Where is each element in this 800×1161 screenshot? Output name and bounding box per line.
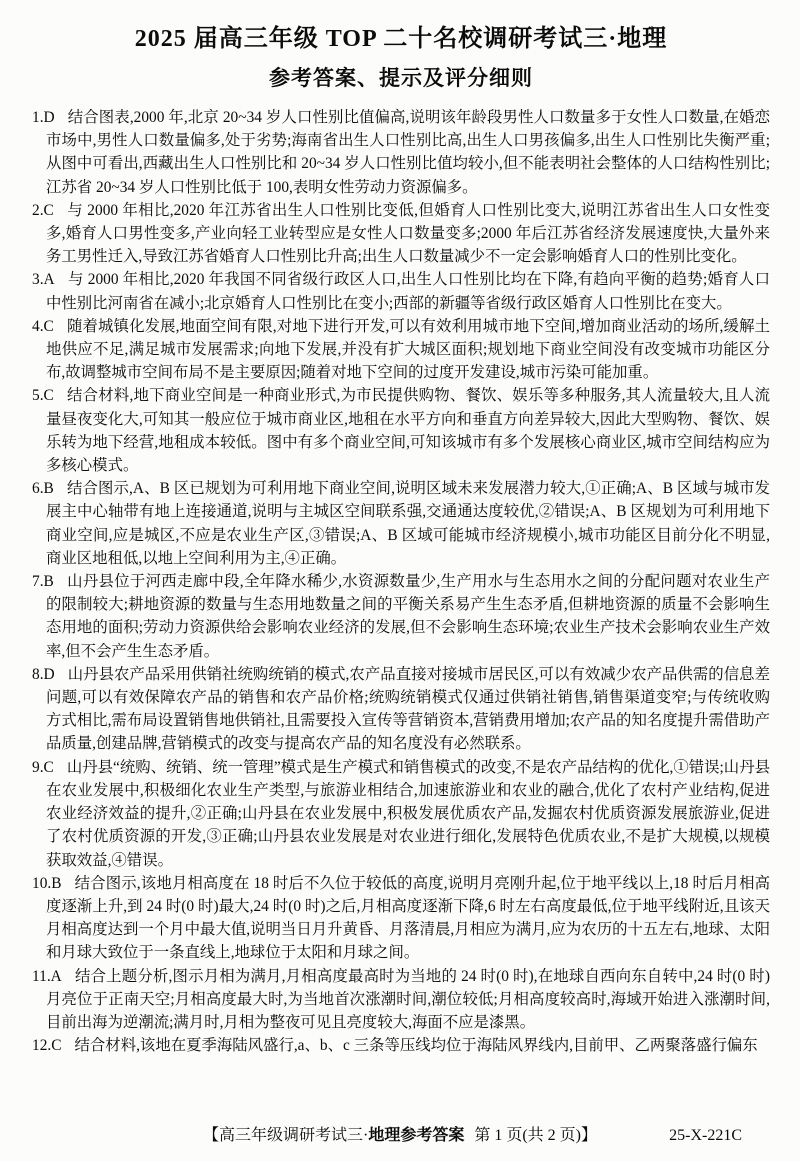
answer-choice: A [44,271,55,288]
answer-text: 结合图表,2000 年,北京 20~34 岁人口性别比值偏高,说明该年龄段男性人… [46,109,770,196]
answer-number: 4. [32,318,44,335]
footer-exam-prefix: 【高三年级调研考试三· [203,1127,368,1144]
answer-choice: D [44,666,55,683]
answer-number: 9. [32,759,44,776]
answer-choice: B [44,480,54,497]
footer-code: 25-X-221C [669,1125,742,1147]
answer-text: 结合图示,该地月相高度在 18 时后不久位于较低的高度,说明月亮刚升起,位于地平… [46,875,770,962]
answer-sheet-page: 2025 届高三年级 TOP 二十名校调研考试三·地理 参考答案、提示及评分细则… [0,0,800,1057]
answer-number: 1. [32,109,44,126]
answer-item: 4.C随着城镇化发展,地面空间有限,对地下进行开发,可以有效利用城市地下空间,增… [32,315,770,385]
answer-number: 6. [32,480,44,497]
answer-number: 8. [32,666,44,683]
answer-number: 11. [32,968,51,985]
answer-number: 10. [32,875,51,892]
answer-number: 7. [32,573,44,590]
page-subtitle: 参考答案、提示及评分细则 [32,62,770,92]
answer-item: 12.C结合材料,该地在夏季海陆风盛行,a、b、c 三条等压线均位于海陆风界线内… [32,1034,770,1057]
answer-text: 与 2000 年相比,2020 年江苏省出生人口性别比变低,但婚育人口性别比变大… [46,202,770,265]
answer-number: 2. [32,202,44,219]
answer-item: 10.B结合图示,该地月相高度在 18 时后不久位于较低的高度,说明月亮刚升起,… [32,872,770,965]
answer-item: 2.C与 2000 年相比,2020 年江苏省出生人口性别比变低,但婚育人口性别… [32,199,770,269]
answer-choice: C [44,202,54,219]
answer-choice: A [51,968,62,985]
answer-text: 随着城镇化发展,地面空间有限,对地下进行开发,可以有效利用城市地下空间,增加商业… [46,318,770,381]
answer-list: 1.D结合图表,2000 年,北京 20~34 岁人口性别比值偏高,说明该年龄段… [32,106,770,1057]
answer-number: 3. [32,271,44,288]
answer-text: 山丹县“统购、统销、统一管理”模式是生产模式和销售模式的改变,不是农产品结构的优… [46,759,770,869]
answer-text: 结合图示,A、B 区已规划为可利用地下商业空间,说明区域未来发展潜力较大,①正确… [46,480,770,567]
footer-exam-bold: 地理参考答案 [368,1127,464,1144]
answer-choice: C [44,387,54,404]
answer-item: 8.D山丹县农产品采用供销社统购统销的模式,农产品直接对接城市居民区,可以有效减… [32,663,770,756]
answer-item: 9.C山丹县“统购、统销、统一管理”模式是生产模式和销售模式的改变,不是农产品结… [32,756,770,872]
answer-text: 山丹县农产品采用供销社统购统销的模式,农产品直接对接城市居民区,可以有效减少农产… [46,666,770,753]
page-title: 2025 届高三年级 TOP 二十名校调研考试三·地理 [32,18,770,53]
answer-choice: D [44,109,55,126]
answer-item: 11.A结合上题分析,图示月相为满月,月相高度最高时为当地的 24 时(0 时)… [32,965,770,1035]
answer-choice: C [51,1037,61,1054]
answer-text: 结合上题分析,图示月相为满月,月相高度最高时为当地的 24 时(0 时),在地球… [46,968,770,1031]
answer-choice: B [51,875,61,892]
page-footer: 【高三年级调研考试三·地理参考答案第 1 页(共 2 页)】 25-X-221C [0,1125,800,1147]
answer-choice: C [44,318,54,335]
answer-choice: C [44,759,54,776]
answer-number: 5. [32,387,44,404]
answer-text: 结合材料,该地在夏季海陆风盛行,a、b、c 三条等压线均位于海陆风界线内,目前甲… [75,1037,758,1054]
answer-choice: B [44,573,54,590]
answer-item: 3.A与 2000 年相比,2020 年我国不同省级行政区人口,出生人口性别比均… [32,268,770,314]
answer-item: 7.B山丹县位于河西走廊中段,全年降水稀少,水资源数量少,生产用水与生态用水之间… [32,570,770,663]
answer-text: 山丹县位于河西走廊中段,全年降水稀少,水资源数量少,生产用水与生态用水之间的分配… [46,573,770,660]
answer-text: 结合材料,地下商业空间是一种商业形式,为市民提供购物、餐饮、娱乐等多种服务,其人… [46,387,770,474]
answer-item: 5.C结合材料,地下商业空间是一种商业形式,为市民提供购物、餐饮、娱乐等多种服务… [32,384,770,477]
answer-item: 1.D结合图表,2000 年,北京 20~34 岁人口性别比值偏高,说明该年龄段… [32,106,770,199]
answer-text: 与 2000 年相比,2020 年我国不同省级行政区人口,出生人口性别比均在下降… [46,271,770,311]
answer-number: 12. [32,1037,51,1054]
footer-page-label: 第 1 页(共 2 页)】 [474,1127,597,1144]
answer-item: 6.B结合图示,A、B 区已规划为可利用地下商业空间,说明区域未来发展潜力较大,… [32,477,770,570]
